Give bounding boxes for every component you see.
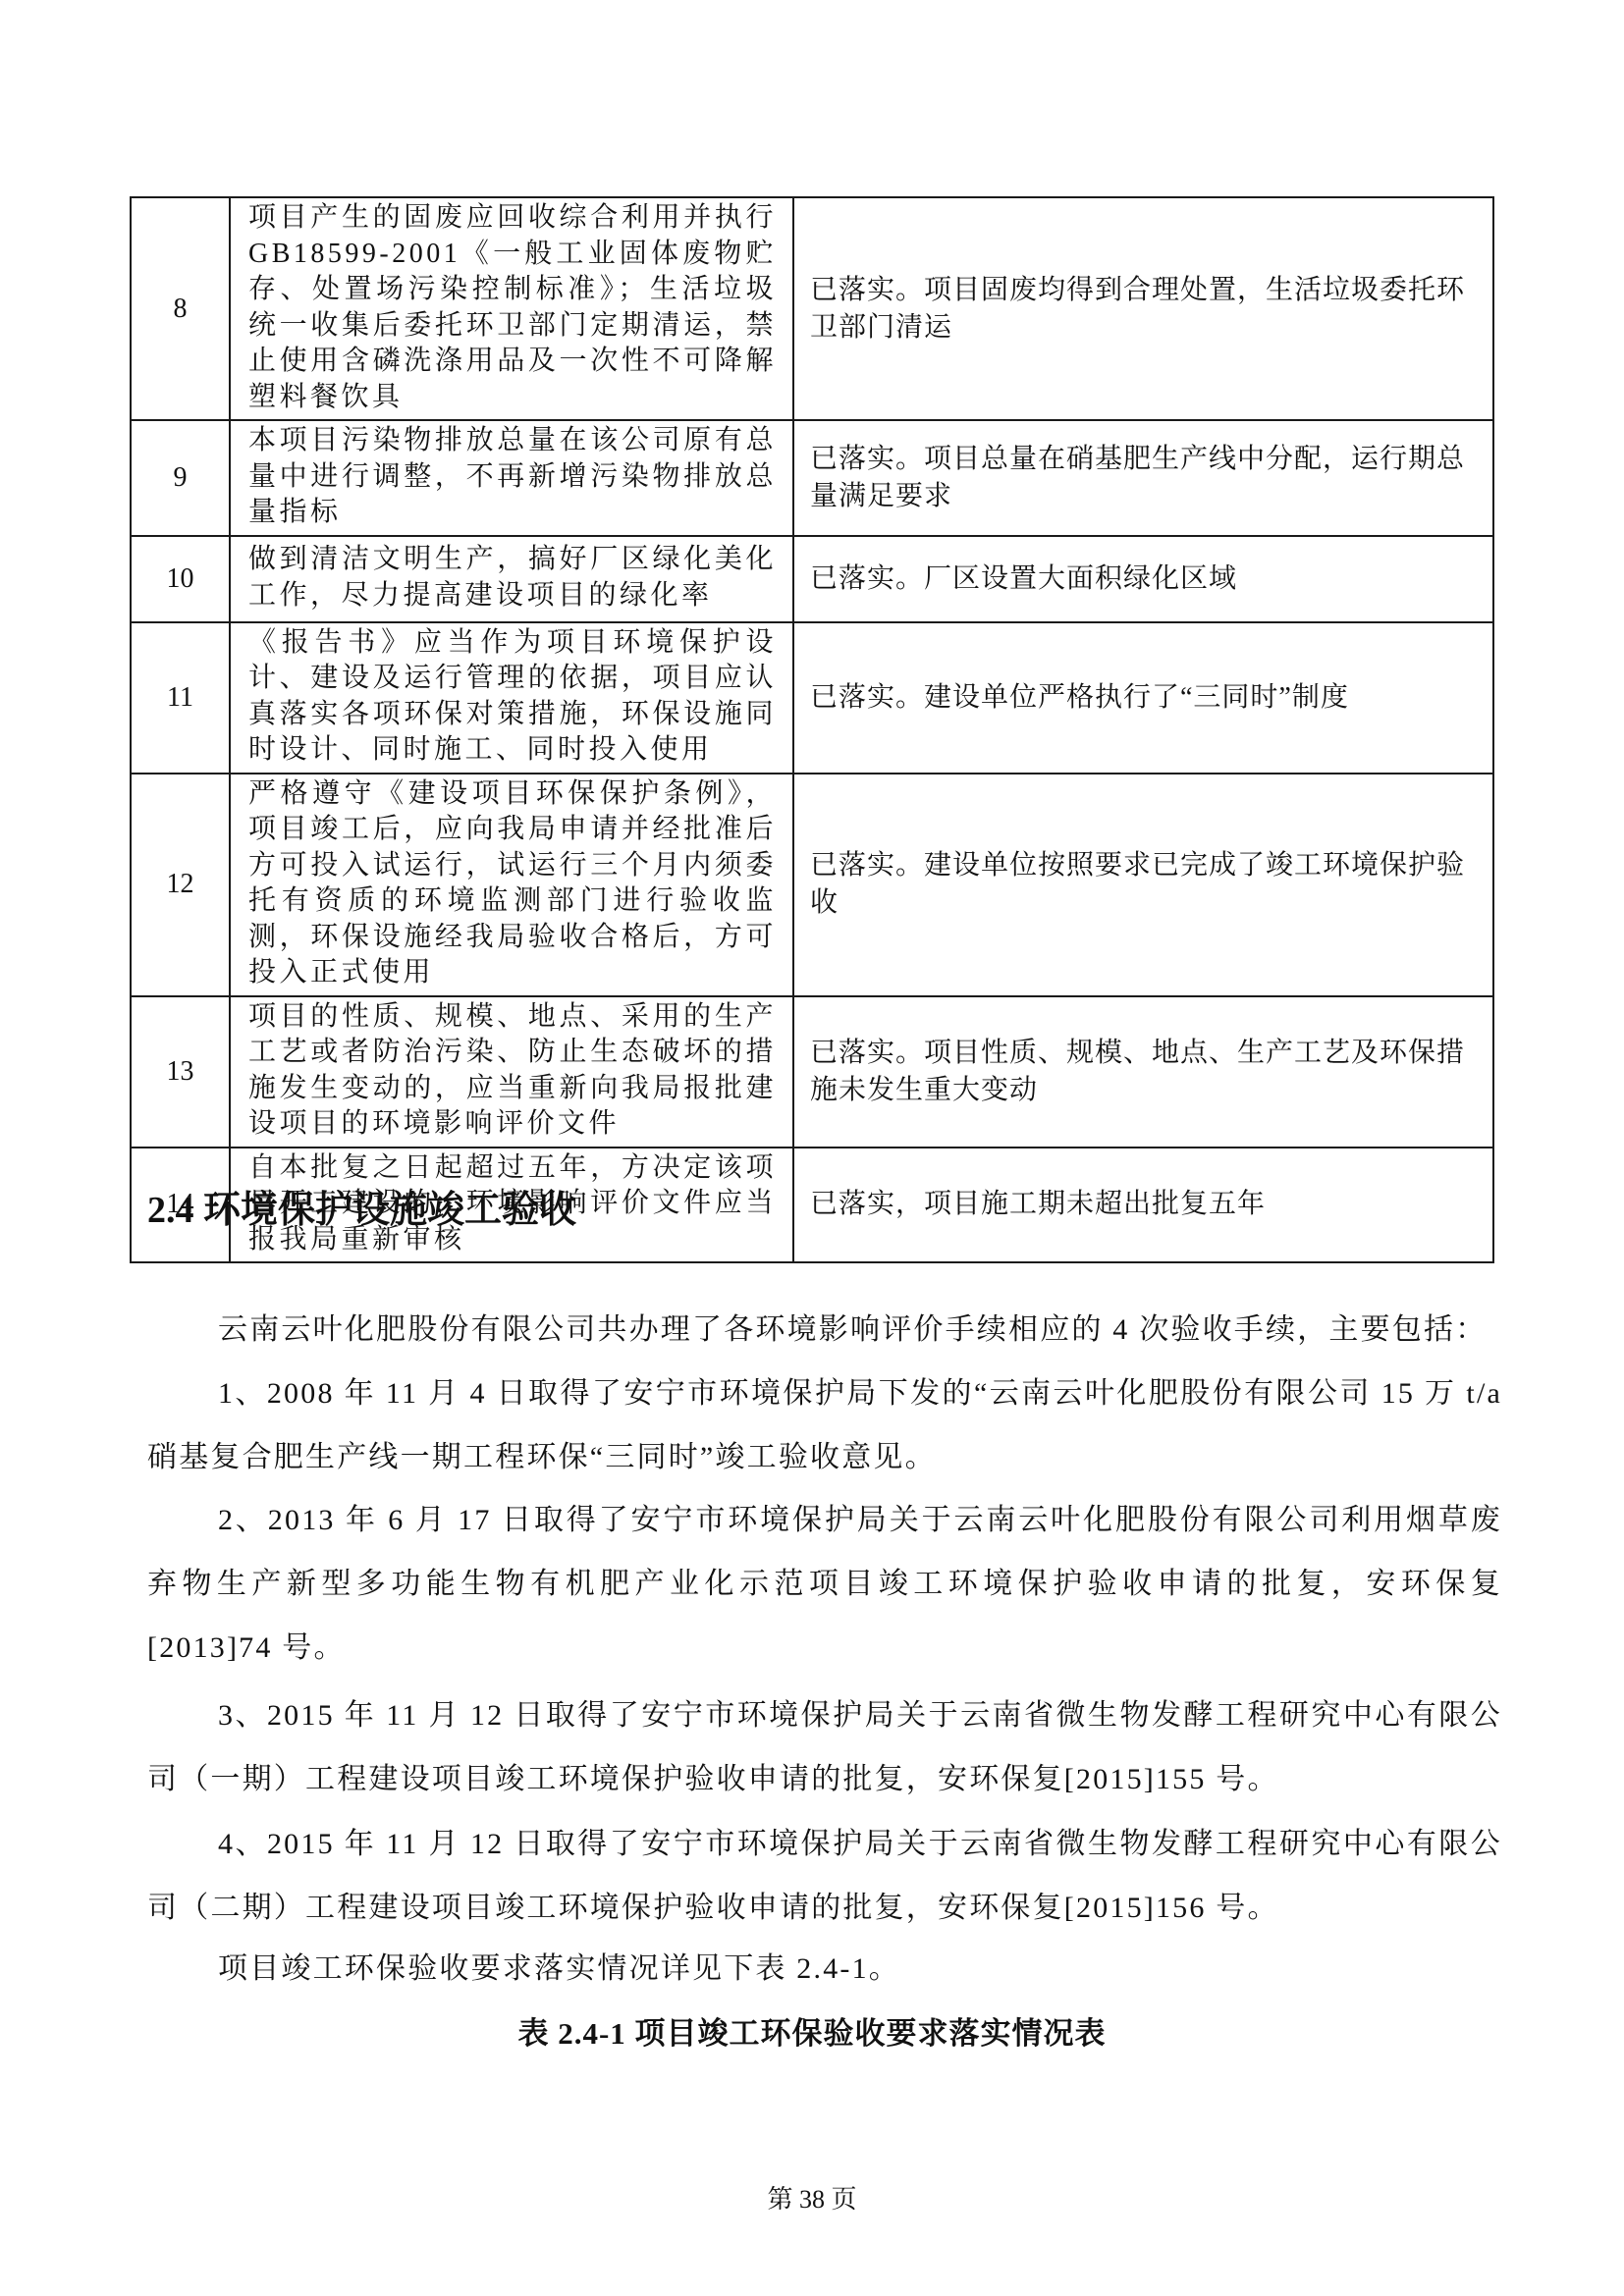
status-cell: 已落实。厂区设置大面积绿化区域: [793, 536, 1493, 622]
acceptance-item-3: 3、2015 年 11 月 12 日取得了安宁市环境保护局关于云南省微生物发酵工…: [147, 1683, 1502, 1811]
row-number: 9: [131, 420, 230, 536]
table-caption: 表 2.4-1 项目竣工环保验收要求落实情况表: [0, 2012, 1624, 2056]
table-row: 13 项目的性质、规模、地点、采用的生产工艺或者防治污染、防止生态破坏的措施发生…: [131, 996, 1493, 1148]
table-row: 10 做到清洁文明生产，搞好厂区绿化美化工作，尽力提高建设项目的绿化率 已落实。…: [131, 536, 1493, 622]
table-row: 11 《报告书》应当作为项目环境保护设计、建设及运行管理的依据，项目应认真落实各…: [131, 622, 1493, 774]
status-cell: 已落实。项目固废均得到合理处置，生活垃圾委托环卫部门清运: [793, 197, 1493, 420]
section-heading: 2.4 环境保护设施竣工验收: [147, 1188, 576, 1233]
table-row: 12 严格遵守《建设项目环保保护条例》，项目竣工后，应向我局申请并经批准后方可投…: [131, 774, 1493, 996]
row-number: 12: [131, 774, 230, 996]
table-reference: 项目竣工环保验收要求落实情况详见下表 2.4-1。: [147, 1937, 1502, 2001]
document-page: 8 项目产生的固废应回收综合利用并执行GB18599-2001《一般工业固体废物…: [0, 0, 1624, 2296]
page-number: 第 38 页: [0, 2184, 1624, 2216]
intro-paragraph: 云南云叶化肥股份有限公司共办理了各环境影响评价手续相应的 4 次验收手续，主要包…: [147, 1298, 1502, 1362]
table-row: 9 本项目污染物排放总量在该公司原有总量中进行调整，不再新增污染物排放总量指标 …: [131, 420, 1493, 536]
row-number: 11: [131, 622, 230, 774]
requirement-cell: 项目的性质、规模、地点、采用的生产工艺或者防治污染、防止生态破坏的措施发生变动的…: [230, 996, 793, 1148]
status-cell: 已落实，项目施工期未超出批复五年: [793, 1148, 1493, 1263]
requirement-cell: 严格遵守《建设项目环保保护条例》，项目竣工后，应向我局申请并经批准后方可投入试运…: [230, 774, 793, 996]
status-cell: 已落实。项目性质、规模、地点、生产工艺及环保措施未发生重大变动: [793, 996, 1493, 1148]
acceptance-item-4: 4、2015 年 11 月 12 日取得了安宁市环境保护局关于云南省微生物发酵工…: [147, 1812, 1502, 1940]
status-cell: 已落实。项目总量在硝基肥生产线中分配，运行期总量满足要求: [793, 420, 1493, 536]
requirement-cell: 《报告书》应当作为项目环境保护设计、建设及运行管理的依据，项目应认真落实各项环保…: [230, 622, 793, 774]
acceptance-item-2: 2、2013 年 6 月 17 日取得了安宁市环境保护局关于云南云叶化肥股份有限…: [147, 1488, 1502, 1680]
requirement-cell: 项目产生的固废应回收综合利用并执行GB18599-2001《一般工业固体废物贮存…: [230, 197, 793, 420]
status-cell: 已落实。建设单位按照要求已完成了竣工环境保护验收: [793, 774, 1493, 996]
acceptance-item-1: 1、2008 年 11 月 4 日取得了安宁市环境保护局下发的“云南云叶化肥股份…: [147, 1362, 1502, 1489]
row-number: 10: [131, 536, 230, 622]
row-number: 8: [131, 197, 230, 420]
row-number: 13: [131, 996, 230, 1148]
requirement-cell: 做到清洁文明生产，搞好厂区绿化美化工作，尽力提高建设项目的绿化率: [230, 536, 793, 622]
status-cell: 已落实。建设单位严格执行了“三同时”制度: [793, 622, 1493, 774]
requirements-table: 8 项目产生的固废应回收综合利用并执行GB18599-2001《一般工业固体废物…: [130, 196, 1494, 1263]
requirement-cell: 本项目污染物排放总量在该公司原有总量中进行调整，不再新增污染物排放总量指标: [230, 420, 793, 536]
table-row: 8 项目产生的固废应回收综合利用并执行GB18599-2001《一般工业固体废物…: [131, 197, 1493, 420]
